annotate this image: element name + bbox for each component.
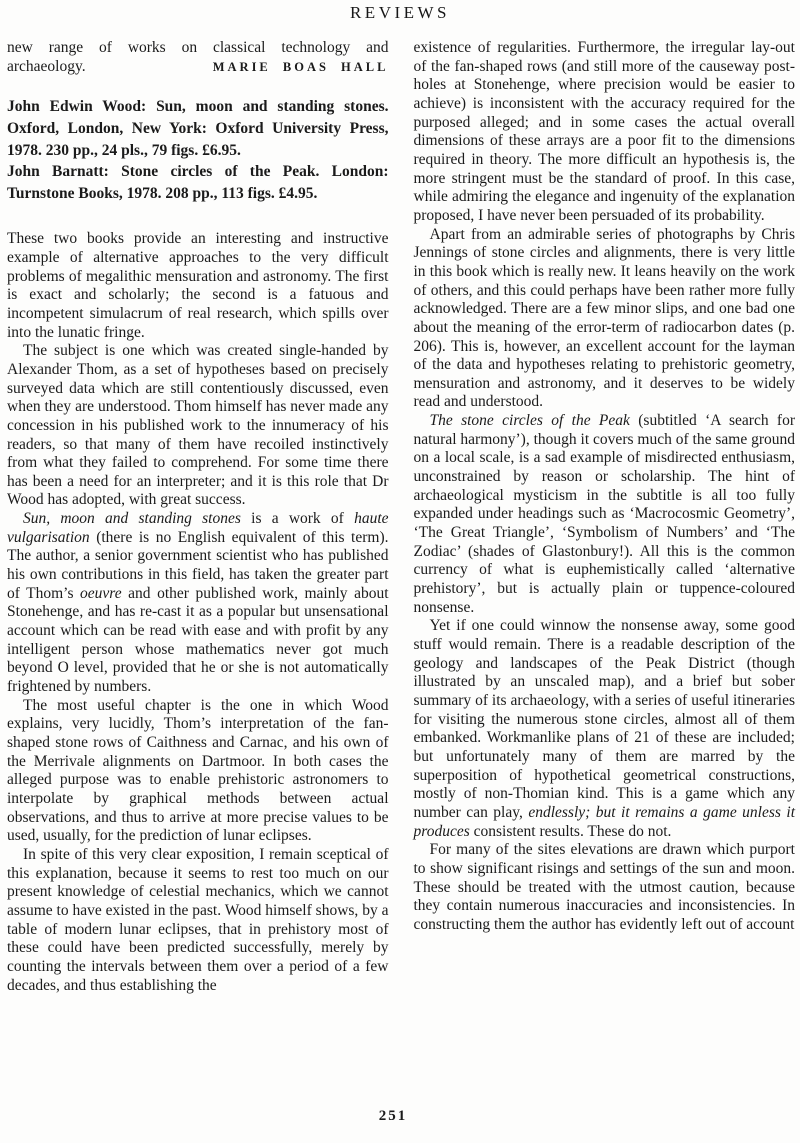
attribution-line: archaeology. MARIE BOAS HALL — [7, 58, 389, 77]
two-column-layout: new range of works on classical technolo… — [0, 39, 800, 995]
review-paragraph-elevations: For many of the sites elevations are dra… — [414, 841, 796, 934]
left-column: new range of works on classical technolo… — [7, 39, 389, 995]
book-citation-wood: John Edwin Wood: Sun, moon and standing … — [7, 96, 389, 161]
journal-review-page: REVIEWS new range of works on classical … — [0, 0, 800, 1143]
book-citation-barnatt: John Barnatt: Stone circles of the Peak.… — [7, 161, 389, 204]
previous-review-ending: new range of works on classical technolo… — [7, 39, 389, 76]
book-citations: John Edwin Wood: Sun, moon and standing … — [7, 96, 389, 204]
review-paragraph-useful-chapter: The most useful chapter is the one in wh… — [7, 697, 389, 846]
page-number: 251 — [0, 1108, 786, 1125]
review-paragraph-thom-subject: The subject is one which was created sin… — [7, 342, 389, 510]
reviewer-name: MARIE BOAS HALL — [213, 58, 389, 77]
running-head: REVIEWS — [0, 0, 800, 23]
review-ending-last-word: archaeology. — [7, 58, 86, 77]
review-paragraph-peak-book: The stone circles of the Peak (subtitled… — [414, 412, 796, 617]
review-paragraph-wood-book: Sun, moon and standing stones is a work … — [7, 510, 389, 697]
review-paragraph-photographs: Apart from an admirable series of photog… — [414, 226, 796, 413]
review-paragraph-intro: These two books provide an interesting a… — [7, 230, 389, 342]
review-paragraph-winnow: Yet if one could winnow the nonsense awa… — [414, 617, 796, 841]
right-column: existence of regularities. Furthermore, … — [414, 39, 796, 995]
review-paragraph-sceptical: In spite of this very clear exposition, … — [7, 846, 389, 995]
review-ending-line: new range of works on classical technolo… — [7, 39, 389, 58]
review-paragraph-regularities: existence of regularities. Furthermore, … — [414, 39, 796, 226]
